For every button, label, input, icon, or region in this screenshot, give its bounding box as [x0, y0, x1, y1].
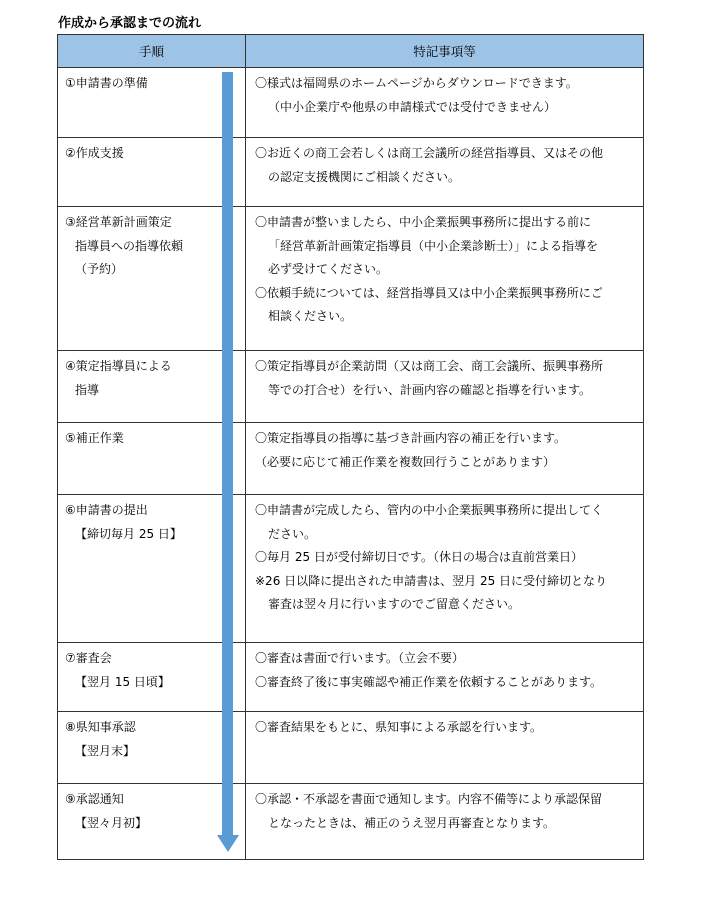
step-cell: ①申請書の準備 [58, 68, 246, 138]
step-title: ⑤補正作業 [65, 427, 245, 451]
step-subtitle: 【翌々月初】 [65, 812, 245, 836]
note-line: 〇審査結果をもとに、県知事による承認を行います。 [255, 716, 637, 740]
notes-cell: 〇承認・不承認を書面で通知します。内容不備等により承認保留となったときは、補正の… [246, 784, 644, 860]
approval-flow-table: 手順 特記事項等 ①申請書の準備〇様式は福岡県のホームページからダウンロードでき… [57, 34, 644, 860]
note-line: （必要に応じて補正作業を複数回行うことがあります） [255, 451, 637, 475]
step-title: ②作成支援 [65, 142, 245, 166]
note-line: 〇策定指導員が企業訪問（又は商工会、商工会議所、振興事務所 [255, 355, 637, 379]
note-line: 審査は翌々月に行いますのでご留意ください。 [255, 593, 637, 617]
note-line: （中小企業庁や他県の申請様式では受付できません） [255, 96, 637, 120]
notes-cell: 〇審査は書面で行います。（立会不要）〇審査終了後に事実確認や補正作業を依頼するこ… [246, 643, 644, 712]
note-line: 必ず受けてください。 [255, 258, 637, 282]
table-row: ⑧県知事承認【翌月末】〇審査結果をもとに、県知事による承認を行います。 [58, 712, 644, 784]
step-title: ⑥申請書の提出 [65, 499, 245, 523]
table-row: ④策定指導員による指導〇策定指導員が企業訪問（又は商工会、商工会議所、振興事務所… [58, 351, 644, 423]
table-row: ①申請書の準備〇様式は福岡県のホームページからダウンロードできます。（中小企業庁… [58, 68, 644, 138]
note-line: 〇策定指導員の指導に基づき計画内容の補正を行います。 [255, 427, 637, 451]
step-title: ⑧県知事承認 [65, 716, 245, 740]
step-cell: ④策定指導員による指導 [58, 351, 246, 423]
note-line: 〇承認・不承認を書面で通知します。内容不備等により承認保留 [255, 788, 637, 812]
note-line: 〇申請書が整いましたら、中小企業振興事務所に提出する前に [255, 211, 637, 235]
step-subtitle: 【翌月末】 [65, 740, 245, 764]
table-row: ⑥申請書の提出【締切毎月 25 日】〇申請書が完成したら、管内の中小企業振興事務… [58, 495, 644, 643]
note-line: の認定支援機関にご相談ください。 [255, 166, 637, 190]
table-row: ⑦審査会【翌月 15 日頃】〇審査は書面で行います。（立会不要）〇審査終了後に事… [58, 643, 644, 712]
table-row: ③経営革新計画策定指導員への指導依頼（予約）〇申請書が整いましたら、中小企業振興… [58, 207, 644, 351]
step-subtitle: 指導員への指導依頼 [65, 235, 245, 259]
note-line: 〇毎月 25 日が受付締切日です。（休日の場合は直前営業日） [255, 546, 637, 570]
notes-cell: 〇審査結果をもとに、県知事による承認を行います。 [246, 712, 644, 784]
step-cell: ⑥申請書の提出【締切毎月 25 日】 [58, 495, 246, 643]
notes-cell: 〇お近くの商工会若しくは商工会議所の経営指導員、又はその他の認定支援機関にご相談… [246, 138, 644, 207]
step-cell: ②作成支援 [58, 138, 246, 207]
step-title: ④策定指導員による [65, 355, 245, 379]
step-cell: ⑨承認通知【翌々月初】 [58, 784, 246, 860]
note-line: ださい。 [255, 523, 637, 547]
step-title: ⑨承認通知 [65, 788, 245, 812]
table-row: ⑨承認通知【翌々月初】〇承認・不承認を書面で通知します。内容不備等により承認保留… [58, 784, 644, 860]
notes-cell: 〇策定指導員の指導に基づき計画内容の補正を行います。（必要に応じて補正作業を複数… [246, 423, 644, 495]
step-cell: ⑤補正作業 [58, 423, 246, 495]
note-line: となったときは、補正のうえ翌月再審査となります。 [255, 812, 637, 836]
note-line: 等での打合せ）を行い、計画内容の確認と指導を行います。 [255, 379, 637, 403]
note-line: 〇申請書が完成したら、管内の中小企業振興事務所に提出してく [255, 499, 637, 523]
column-header-notes: 特記事項等 [246, 35, 644, 68]
note-line: 〇様式は福岡県のホームページからダウンロードできます。 [255, 72, 637, 96]
notes-cell: 〇様式は福岡県のホームページからダウンロードできます。（中小企業庁や他県の申請様… [246, 68, 644, 138]
step-subtitle: 指導 [65, 379, 245, 403]
note-line: 〇お近くの商工会若しくは商工会議所の経営指導員、又はその他 [255, 142, 637, 166]
step-cell: ⑦審査会【翌月 15 日頃】 [58, 643, 246, 712]
step-subtitle: 【締切毎月 25 日】 [65, 523, 245, 547]
note-line: 「経営革新計画策定指導員（中小企業診断士）」による指導を [255, 235, 637, 259]
note-line: ※26 日以降に提出された申請書は、翌月 25 日に受付締切となり [255, 570, 637, 594]
note-line: 相談ください。 [255, 305, 637, 329]
step-title: ①申請書の準備 [65, 72, 245, 96]
table-header-row: 手順 特記事項等 [58, 35, 644, 68]
step-title: ③経営革新計画策定 [65, 211, 245, 235]
column-header-step: 手順 [58, 35, 246, 68]
step-subtitle: 【翌月 15 日頃】 [65, 671, 245, 695]
notes-cell: 〇策定指導員が企業訪問（又は商工会、商工会議所、振興事務所等での打合せ）を行い、… [246, 351, 644, 423]
notes-cell: 〇申請書が完成したら、管内の中小企業振興事務所に提出してください。〇毎月 25 … [246, 495, 644, 643]
table-row: ②作成支援〇お近くの商工会若しくは商工会議所の経営指導員、又はその他の認定支援機… [58, 138, 644, 207]
table-row: ⑤補正作業〇策定指導員の指導に基づき計画内容の補正を行います。（必要に応じて補正… [58, 423, 644, 495]
page-title: 作成から承認までの流れ [58, 12, 201, 31]
note-line: 〇審査終了後に事実確認や補正作業を依頼することがあります。 [255, 671, 637, 695]
step-subtitle: （予約） [65, 258, 245, 282]
note-line: 〇依頼手続については、経営指導員又は中小企業振興事務所にご [255, 282, 637, 306]
step-cell: ⑧県知事承認【翌月末】 [58, 712, 246, 784]
note-line: 〇審査は書面で行います。（立会不要） [255, 647, 637, 671]
step-cell: ③経営革新計画策定指導員への指導依頼（予約） [58, 207, 246, 351]
notes-cell: 〇申請書が整いましたら、中小企業振興事務所に提出する前に「経営革新計画策定指導員… [246, 207, 644, 351]
step-title: ⑦審査会 [65, 647, 245, 671]
